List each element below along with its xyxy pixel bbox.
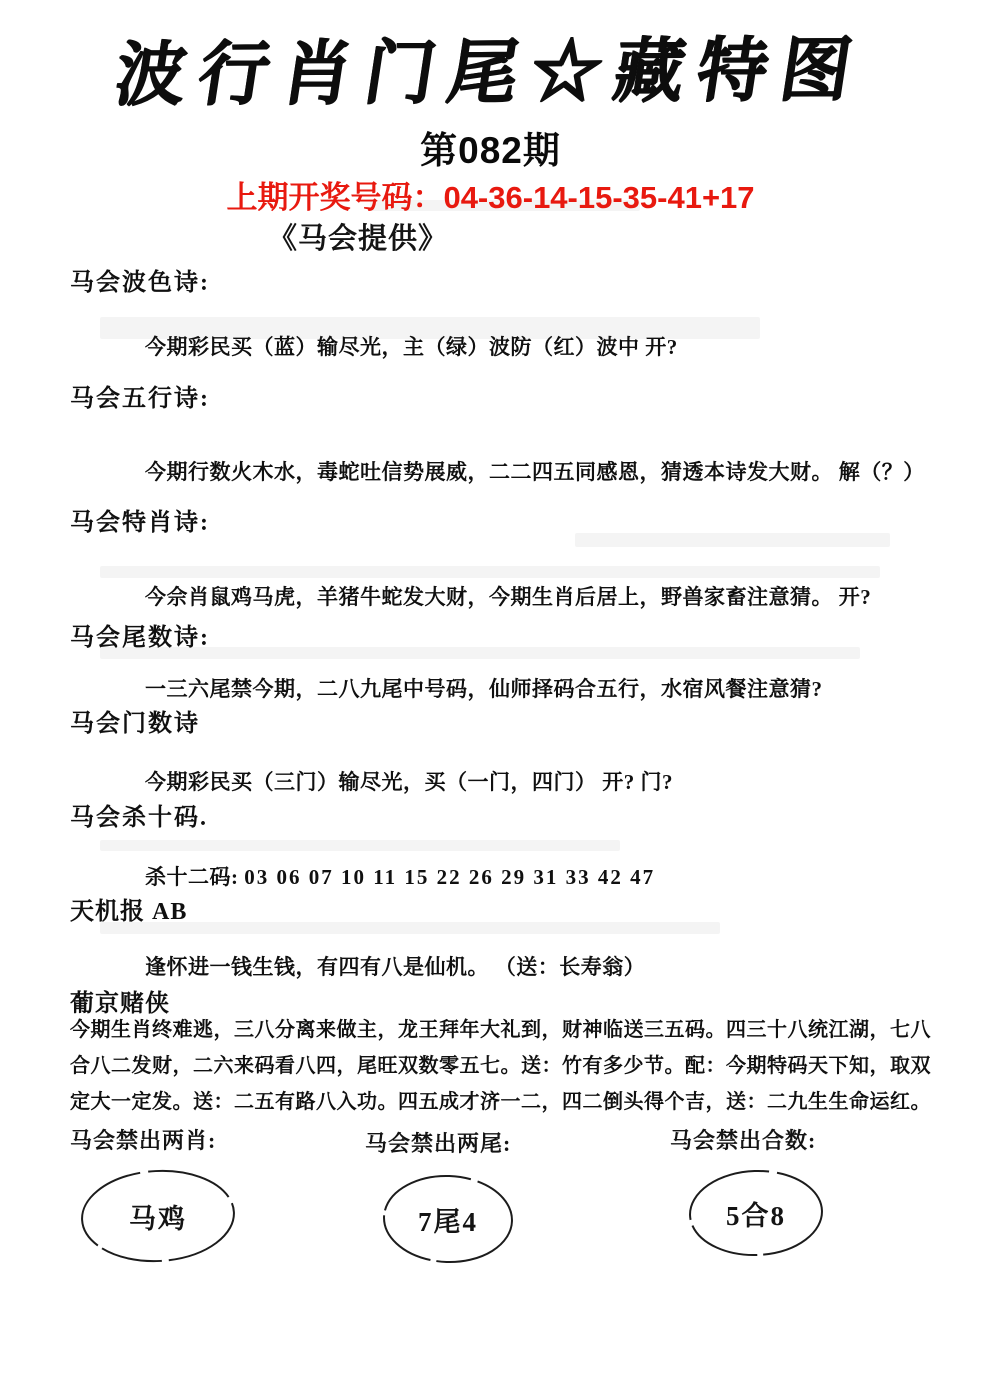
forbidden-zodiac-label: 马会禁出两肖: bbox=[70, 1124, 216, 1155]
tip-sheet-page: 波行肖门尾☆藏特图 第082期 上期开奖号码：04-36-14-15-35-41… bbox=[0, 0, 981, 1388]
paragraph-line-2: 合八二发财，二六来码看八四，尾旺双数零五七。送：竹有多少节。配：今期特码天下知，… bbox=[70, 1049, 931, 1078]
forbidden-sum-label: 马会禁出合数: bbox=[670, 1124, 816, 1155]
section-poem-menshu: 今期彩民买（三门）输尽光，买（一门，四门） 开? 门? bbox=[145, 766, 673, 796]
last-draw-numbers: 04-36-14-15-35-41+17 bbox=[443, 180, 754, 215]
last-draw-label: 上期开奖号码： bbox=[226, 180, 443, 215]
last-draw-line: 上期开奖号码：04-36-14-15-35-41+17 bbox=[0, 172, 981, 217]
scan-artifact bbox=[100, 840, 620, 851]
forbidden-tails-value: 7尾4 bbox=[418, 1200, 478, 1239]
forbidden-sum-ellipse: 5合8 bbox=[686, 1168, 826, 1258]
forbidden-zodiac-value: 马鸡 bbox=[129, 1197, 187, 1236]
paragraph-line-3: 定大一定发。送：二五有路八入功。四五成才济一二，四二倒头得个吉，送：二九生生命运… bbox=[70, 1085, 931, 1114]
scan-artifact bbox=[100, 647, 860, 659]
section-poem-wuxing: 今期行数火木水，毒蛇吐信势展威，二二四五同感恩，猜透本诗发大财。 解（？） bbox=[145, 456, 925, 486]
forbidden-tails-label: 马会禁出两尾: bbox=[365, 1127, 511, 1158]
section-label-bose: 马会波色诗: bbox=[70, 262, 210, 297]
scan-artifact bbox=[575, 533, 890, 547]
kill-codes-line: 杀十二码: 03 06 07 10 11 15 22 26 29 31 33 4… bbox=[145, 861, 655, 891]
forbidden-zodiac-ellipse: 马鸡 bbox=[78, 1168, 238, 1264]
kill-codes-numbers: 03 06 07 10 11 15 22 26 29 31 33 42 47 bbox=[244, 865, 655, 889]
forbidden-tails-ellipse: 7尾4 bbox=[381, 1173, 515, 1265]
page-title: 波行肖门尾☆藏特图 bbox=[0, 13, 981, 121]
provider-note: 《马会提供》 bbox=[268, 216, 448, 257]
forbidden-sum-value: 5合8 bbox=[726, 1194, 786, 1233]
section-label-weishu: 马会尾数诗: bbox=[70, 617, 210, 652]
section-poem-tianjibao: 逢怀进一钱生钱，有四有八是仙机。 （送：长寿翁） bbox=[145, 951, 645, 981]
section-poem-weishu: 一三六尾禁今期，二八九尾中号码，仙师择码合五行，水宿风餐注意猜? bbox=[145, 673, 823, 703]
issue-number: 第082期 bbox=[0, 120, 981, 174]
section-label-shashima: 马会杀十码. bbox=[70, 797, 208, 832]
section-label-wuxing: 马会五行诗: bbox=[70, 378, 210, 413]
section-label-tianjibao: 天机报 AB bbox=[70, 891, 187, 926]
kill-codes-label: 杀十二码: bbox=[145, 865, 239, 889]
section-poem-texiao: 今佘肖鼠鸡马虎，羊猪牛蛇发大财，今期生肖后居上，野兽家畜注意猜。 开? bbox=[145, 581, 871, 611]
scan-artifact bbox=[100, 922, 720, 934]
paragraph-line-1: 今期生肖终难逃，三八分离来做主，龙王拜年大礼到，财神临送三五码。四三十八统江湖，… bbox=[70, 1013, 931, 1042]
section-label-menshu: 马会门数诗 bbox=[70, 703, 200, 738]
section-poem-bose: 今期彩民买（蓝）输尽光，主（绿）波防（红）波中 开? bbox=[145, 331, 678, 361]
section-label-texiao: 马会特肖诗: bbox=[70, 502, 210, 537]
scan-artifact bbox=[100, 566, 880, 578]
